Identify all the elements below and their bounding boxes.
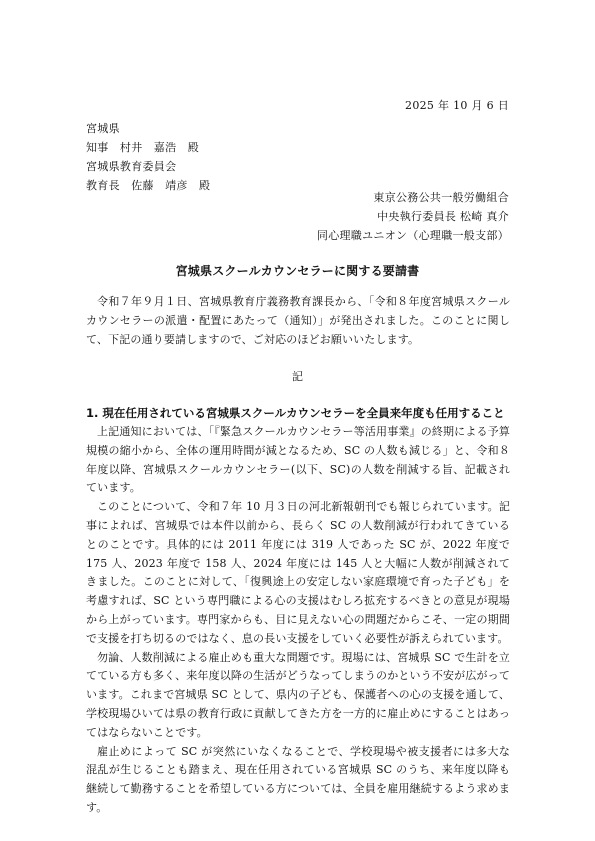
section-1-paragraph: 勿論、人数削減による雇止めも重大な問題です。現場には、宮城県 SC で生計を立て… (86, 649, 510, 743)
recipient-governor: 知事 村井 嘉浩 殿 (86, 141, 199, 155)
recipient-superintendent: 教育長 佐藤 靖彦 殿 (86, 179, 210, 193)
section-1-body: 上記通知においては、「『緊急スクールカウンセラー等活用事業』の終期による予算規模… (86, 423, 510, 818)
document-title: 宮城県スクールカウンセラーに関する要請書 (0, 262, 595, 279)
section-1-paragraph: 雇止めによって SC が突然にいなくなることで、学校現場や被支援者には多大な混乱… (86, 743, 510, 818)
sender-branch: 同心理職ユニオン（心理職一般支部） (317, 229, 509, 243)
sender-chair: 中央執行委員長 松崎 真介 (377, 210, 509, 224)
recipient-prefecture: 宮城県 (86, 122, 120, 136)
intro-paragraph: 令和７年９月１日、宮城県教育庁義務教育課長から、「令和８年度宮城県スクールカウン… (86, 293, 510, 349)
ki-marker: 記 (0, 368, 595, 384)
section-1-paragraph: このことについて、令和７年 10 月３日の河北新報朝刊でも報じられています。記事… (86, 498, 510, 648)
section-1-paragraph: 上記通知においては、「『緊急スクールカウンセラー等活用事業』の終期による予算規模… (86, 423, 510, 498)
sender-union: 東京公務公共一般労働組合 (373, 191, 509, 205)
document-page: 2025 年 10 月 6 日 宮城県 知事 村井 嘉浩 殿 宮城県教育委員会 … (0, 0, 595, 841)
intro-text: 令和７年９月１日、宮城県教育庁義務教育課長から、「令和８年度宮城県スクールカウン… (86, 293, 510, 349)
document-date: 2025 年 10 月 6 日 (405, 99, 509, 113)
recipient-board: 宮城県教育委員会 (86, 160, 176, 174)
section-1-heading: 1. 現在任用されている宮城県スクールカウンセラーを全員来年度も任用すること (86, 405, 505, 421)
